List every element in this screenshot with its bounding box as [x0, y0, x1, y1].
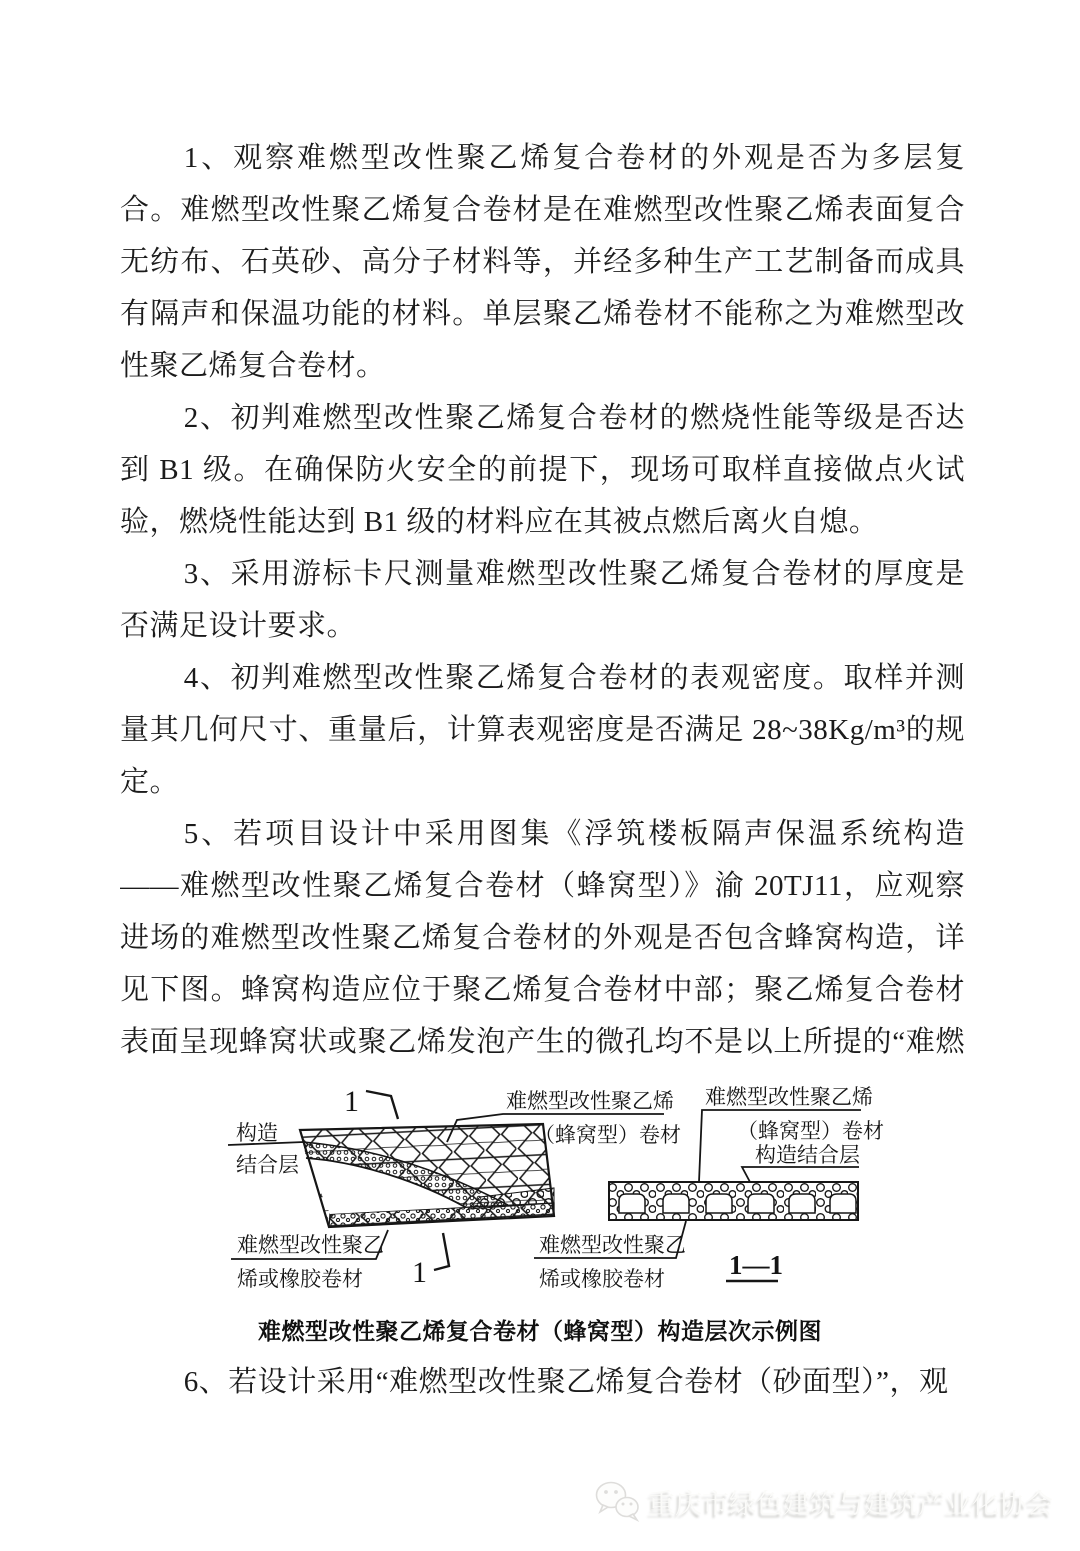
- right-bonding-layer-leader-line: [742, 1167, 859, 1182]
- right-base-roll-label-line1: 难燃型改性聚乙: [539, 1233, 686, 1257]
- figure-caption: 难燃型改性聚乙烯复合卷材（蜂窝型）构造层次示例图: [0, 1313, 1080, 1346]
- paragraph-4: 4、初判难燃型改性聚乙烯复合卷材的表观密度。取样并测量其几何尺寸、重量后，计算表…: [120, 652, 965, 808]
- construction-diagram: 1 构造 结合层 难燃型改性聚乙烯 （蜂窝型）卷材 难燃型改性聚乙 烯或橡胶卷材…: [0, 1078, 1080, 1313]
- paragraph-3: 3、采用游标卡尺测量难燃型改性聚乙烯复合卷材的厚度是否满足设计要求。: [120, 548, 965, 652]
- right-honeycomb-roll-label-line1: 难燃型改性聚乙烯: [705, 1085, 873, 1109]
- section-view-figure: 难燃型改性聚乙烯 （蜂窝型）卷材 构造结合层 难燃型改性聚乙 烯或橡胶卷材 1—…: [534, 1085, 884, 1291]
- left-base-roll-label-line2: 烯或橡胶卷材: [237, 1267, 363, 1291]
- document-body: 1、观察难燃型改性聚乙烯复合卷材的外观是否为多层复合。难燃型改性聚乙烯复合卷材是…: [120, 132, 965, 1078]
- paragraph-2: 2、初判难燃型改性聚乙烯复合卷材的燃烧性能等级是否达到 B1 级。在确保防火安全…: [120, 392, 965, 548]
- left-base-roll-label-line1: 难燃型改性聚乙: [237, 1233, 384, 1257]
- left-honeycomb-roll-label-line1: 难燃型改性聚乙烯: [506, 1089, 674, 1113]
- right-honeycomb-roll-label-line2: （蜂窝型）卷材: [737, 1119, 884, 1143]
- section-title-1-1: 1—1: [729, 1250, 783, 1280]
- paragraph-6: 6、若设计采用“难燃型改性聚乙烯复合卷材（砂面型）”，观察: [120, 1356, 965, 1412]
- wechat-icon: [594, 1480, 640, 1522]
- watermark-text: 重庆市绿色建筑与建筑产业化协会: [648, 1482, 1053, 1521]
- left-honeycomb-roll-label-line2: （蜂窝型）卷材: [534, 1123, 681, 1147]
- section-strip: [609, 1182, 858, 1220]
- paragraph-5: 5、若项目设计中采用图集《浮筑楼板隔声保温系统构造——难燃型改性聚乙烯复合卷材（…: [120, 808, 965, 1078]
- document-page: 1、观察难燃型改性聚乙烯复合卷材的外观是否为多层复合。难燃型改性聚乙烯复合卷材是…: [0, 0, 1080, 1551]
- bonding-layer-label-line2: 结合层: [236, 1153, 299, 1177]
- right-bonding-layer-label-line3: 构造结合层: [755, 1143, 860, 1167]
- section-cut-line-top: [366, 1091, 398, 1119]
- bonding-layer-label-line1: 构造: [236, 1121, 278, 1145]
- paragraph-1: 1、观察难燃型改性聚乙烯复合卷材的外观是否为多层复合。难燃型改性聚乙烯复合卷材是…: [120, 132, 965, 392]
- watermark: 重庆市绿色建筑与建筑产业化协会: [594, 1480, 1053, 1522]
- section-mark-1-bottom: 1: [412, 1256, 427, 1289]
- section-mark-1-top: 1: [344, 1085, 359, 1118]
- right-base-roll-label-line2: 烯或橡胶卷材: [539, 1267, 665, 1291]
- section-cut-line-bottom: [434, 1233, 449, 1270]
